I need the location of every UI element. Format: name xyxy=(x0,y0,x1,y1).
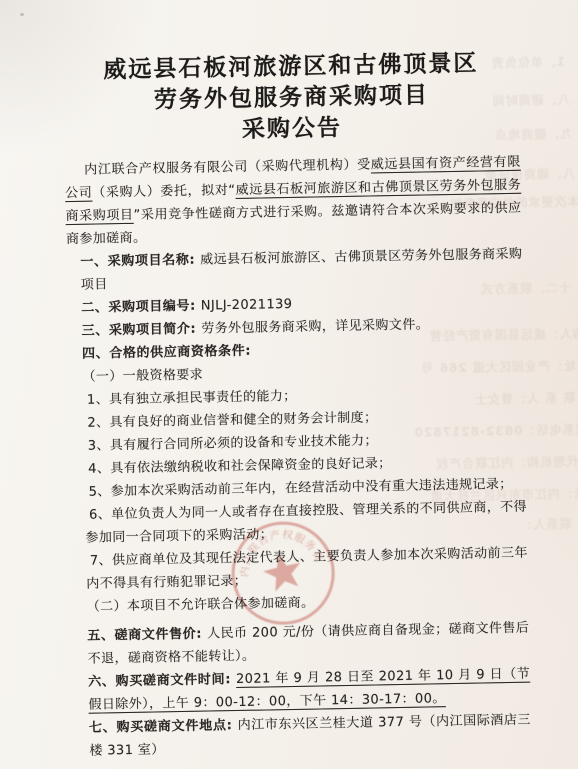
section-document-price: 五、磋商文件售价:人民币 200 元/份（请供应商自备现金；磋商文件售后不退，磋… xyxy=(87,617,530,671)
paper-sheet: 八、磋商时间 1、单位负责 九、磋商地点 八、磋商保证金 符合本次要求的供应商参… xyxy=(0,0,578,769)
section-purchase-place: 七、购买磋商文件地点:内江市东兴区兰桂大道 377 号（内江国际酒店三楼 331… xyxy=(89,709,532,763)
section-label: 三、采购项目简介: xyxy=(82,322,197,339)
requirement-item-7: 7、供应商单位及其现任法定代表人、主要负责人参加本次采购活动前三年内不得具有行贿… xyxy=(86,542,529,596)
intro-pre: 内江联合产权服务有限公司（采购代理机构）受 xyxy=(84,157,371,177)
section-label: 五、磋商文件售价: xyxy=(87,627,202,644)
requirement-item-6: 6、单位负责人为同一人或者存在直接控股、管理关系的不同供应商，不得参加同一合同项… xyxy=(85,496,528,550)
section-label: 七、购买磋商文件地点: xyxy=(89,718,233,736)
section-value: 劳务外包服务商采购，详见采购文件。 xyxy=(201,317,429,336)
section-label: 四、合格的供应商资格条件: xyxy=(82,344,251,362)
intro-post: ”采用竞争性磋商方式进行采购。兹邀请符合本次采购要求的供应商参加磋商。 xyxy=(66,201,522,247)
section-label: 六、购买磋商文件时间: xyxy=(88,672,231,690)
section-purchase-time: 六、购买磋商文件时间:2021 年 9 月 28 日至 2021 年 10 月 … xyxy=(88,663,531,717)
intro-paragraph: 内江联合产权服务有限公司（采购代理机构）受威远县国有资产经营有限公司（采购人）委… xyxy=(65,151,523,251)
intro-mid: （采购人）委托，拟对“ xyxy=(92,183,235,201)
section-value: NJLJ-2021139 xyxy=(201,297,293,314)
section-label: 二、采购项目编号: xyxy=(81,299,196,316)
scanned-document-page: 八、磋商时间 1、单位负责 九、磋商地点 八、磋商保证金 符合本次要求的供应商参… xyxy=(0,0,578,769)
section-label: 一、采购项目名称: xyxy=(80,253,195,270)
document-content: 威远县石板河旅游区和古佛顶景区 劳务外包服务商采购项目 采购公告 内江联合产权服… xyxy=(0,0,578,769)
section-project-name: 一、采购项目名称:威远县石板河旅游区、古佛顶景区劳务外包服务商采购项目 xyxy=(80,243,523,297)
